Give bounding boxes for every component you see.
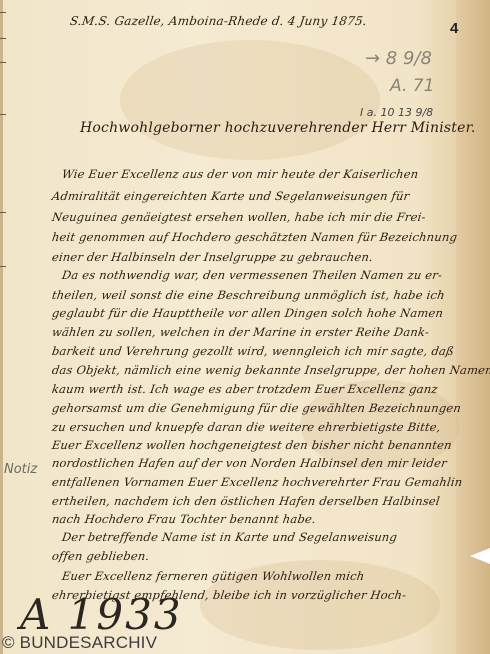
margin-note: Notiz [4,462,37,477]
paper-stain [120,40,380,160]
body-line: Da es nothwendig war, den vermessenen Th… [61,268,443,282]
watermark: © BUNDESARCHIV [2,633,157,653]
pencil-mark: A. 71 [390,76,434,96]
body-line: Euer Excellenz wollen hochgeneigtest den… [51,438,453,452]
salutation: Hochwohlgeborner hochzuverehrender Herr … [80,120,476,136]
body-line: Euer Excellenz ferneren gütigen Wohlwoll… [61,569,365,583]
archive-number-mark: A 1933 [20,590,183,639]
body-line: gehorsamst um die Genehmigung für die ge… [51,401,462,415]
body-line: Admiralität eingereichten Karte und Sege… [51,189,410,203]
body-line: einer der Halbinseln der Inselgruppe zu … [51,250,374,264]
body-line: nach Hochdero Frau Tochter benannt habe. [51,512,317,526]
binding-mark [0,12,6,13]
page-number: 4 [450,20,458,37]
body-line: Wie Euer Excellenz aus der von mir heute… [61,167,419,181]
body-line: das Objekt, nämlich eine wenig bekannte … [51,363,490,377]
binding-mark [0,266,6,267]
binding-mark [0,212,6,213]
binding-mark [0,114,6,115]
document-page: 4 S.M.S. Gazelle, Amboina-Rhede d. 4 Jun… [0,0,490,654]
paper-tear [470,548,490,564]
body-line: offen geblieben. [51,549,150,563]
pencil-mark: I a. 10 13 9/8 [360,106,433,119]
binding-mark [0,62,6,63]
body-line: wählen zu sollen, welchen in der Marine … [51,325,430,339]
body-line: heit genommen auf Hochdero geschätzten N… [51,230,458,244]
header-line: S.M.S. Gazelle, Amboina-Rhede d. 4 Juny … [69,14,368,28]
body-line: barkeit und Verehrung gezollt wird, wenn… [51,344,455,358]
pencil-mark: → 8 9/8 [365,48,432,69]
body-line: zu ersuchen und knuepfe daran die weiter… [51,420,442,434]
body-line: Neuguinea genäeigtest ersehen wollen, ha… [51,210,427,224]
body-line: geglaubt für die Haupttheile vor allen D… [51,306,444,320]
body-line: nordostlichen Hafen auf der von Norden H… [51,456,448,470]
body-line: ertheilen, nachdem ich den östlichen Haf… [51,494,441,508]
body-line: entfallenen Vornamen Euer Excellenz hoch… [51,475,463,489]
binding-mark [0,38,6,39]
left-page-edge [0,0,3,654]
body-line: Der betreffende Name ist in Karte und Se… [61,530,398,544]
body-line: theilen, weil sonst die eine Beschreibun… [51,288,446,302]
body-line: kaum werth ist. Ich wage es aber trotzde… [51,382,439,396]
